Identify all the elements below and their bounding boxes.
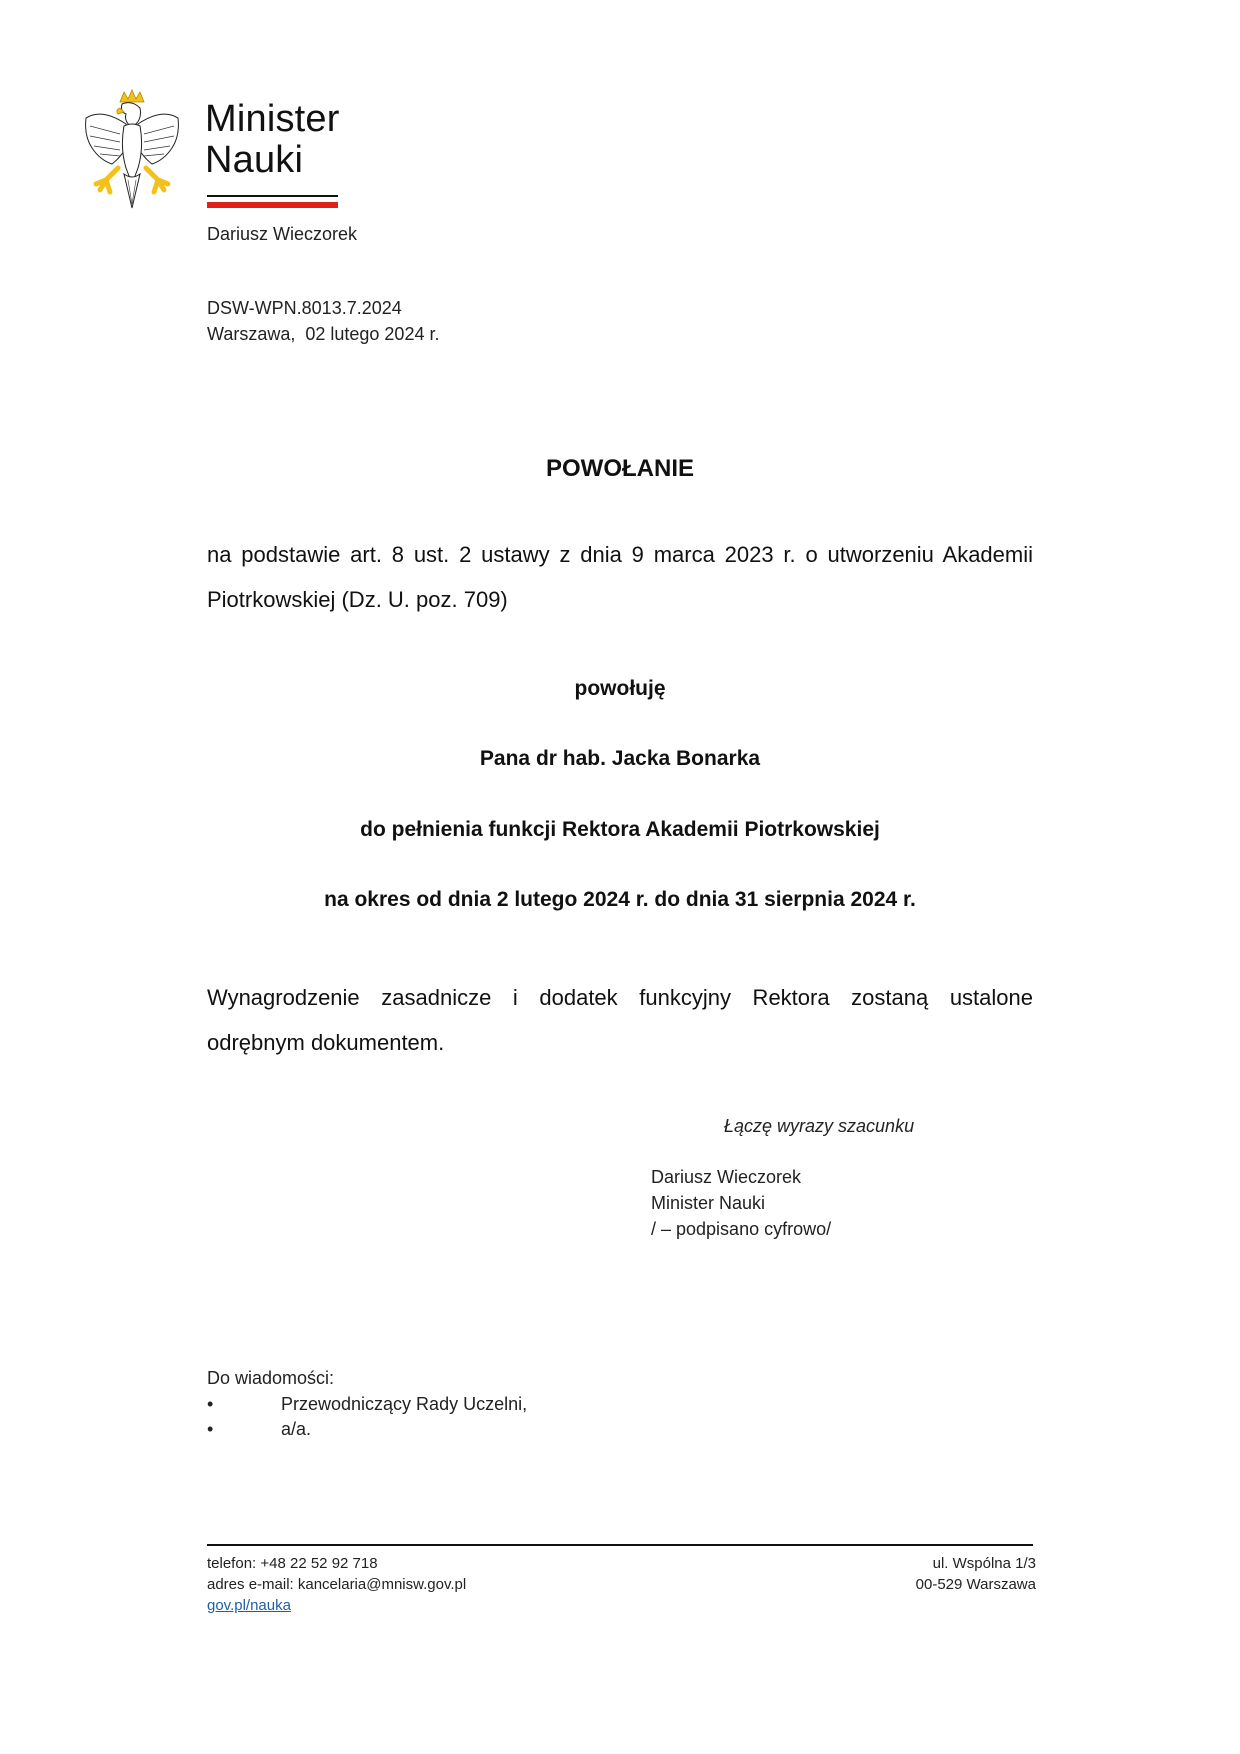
document-title: POWOŁANIE: [0, 455, 1240, 483]
bullet-icon: •: [207, 1394, 213, 1415]
brand-title-line2: Nauki: [205, 141, 303, 179]
legal-basis-line-2: Piotrkowskiej (Dz. U. poz. 709): [207, 577, 1033, 622]
signer-name: Dariusz Wieczorek: [651, 1167, 801, 1188]
brand-rule-black: [207, 195, 338, 197]
polish-eagle-emblem-icon: [82, 88, 182, 210]
footer-address-street: ul. Wspólna 1/3: [933, 1555, 1036, 1572]
bullet-icon: •: [207, 1419, 213, 1440]
appointment-function: do pełnienia funkcji Rektora Akademii Pi…: [0, 818, 1240, 842]
appointment-verb: powołuję: [0, 677, 1240, 701]
signer-title: Minister Nauki: [651, 1193, 765, 1214]
footer-address-city: 00-529 Warszawa: [916, 1576, 1036, 1593]
place-date: Warszawa, 02 lutego 2024 r.: [207, 324, 439, 345]
remuneration-paragraph: Wynagrodzenie zasadnicze i dodatek funkc…: [207, 975, 1033, 1065]
remuneration-line-1: Wynagrodzenie zasadnicze i dodatek funkc…: [207, 975, 1033, 1020]
case-number: DSW-WPN.8013.7.2024: [207, 298, 402, 319]
remuneration-line-2: odrębnym dokumentem.: [207, 1020, 1033, 1065]
cc-item-text: Przewodniczący Rady Uczelni,: [281, 1394, 527, 1415]
closing-greeting: Łączę wyrazy szacunku: [724, 1116, 914, 1137]
cc-item-text: a/a.: [281, 1419, 311, 1440]
signature-note: / – podpisano cyfrowo/: [651, 1219, 831, 1240]
footer-email: adres e-mail: kancelaria@mnisw.gov.pl: [207, 1576, 466, 1593]
cc-title: Do wiadomości:: [207, 1368, 334, 1389]
appointment-period: na okres od dnia 2 lutego 2024 r. do dni…: [0, 888, 1240, 912]
brand-title-line1: Minister: [205, 100, 340, 138]
brand-rule-red: [207, 202, 338, 208]
appointee-name: Pana dr hab. Jacka Bonarka: [0, 747, 1240, 771]
footer-phone: telefon: +48 22 52 92 718: [207, 1555, 378, 1572]
footer-divider: [207, 1544, 1033, 1546]
footer-website-link[interactable]: gov.pl/nauka: [207, 1597, 291, 1614]
legal-basis-line-1: na podstawie art. 8 ust. 2 ustawy z dnia…: [207, 532, 1033, 577]
legal-basis-paragraph: na podstawie art. 8 ust. 2 ustawy z dnia…: [207, 532, 1033, 622]
header-minister-name: Dariusz Wieczorek: [207, 224, 357, 245]
